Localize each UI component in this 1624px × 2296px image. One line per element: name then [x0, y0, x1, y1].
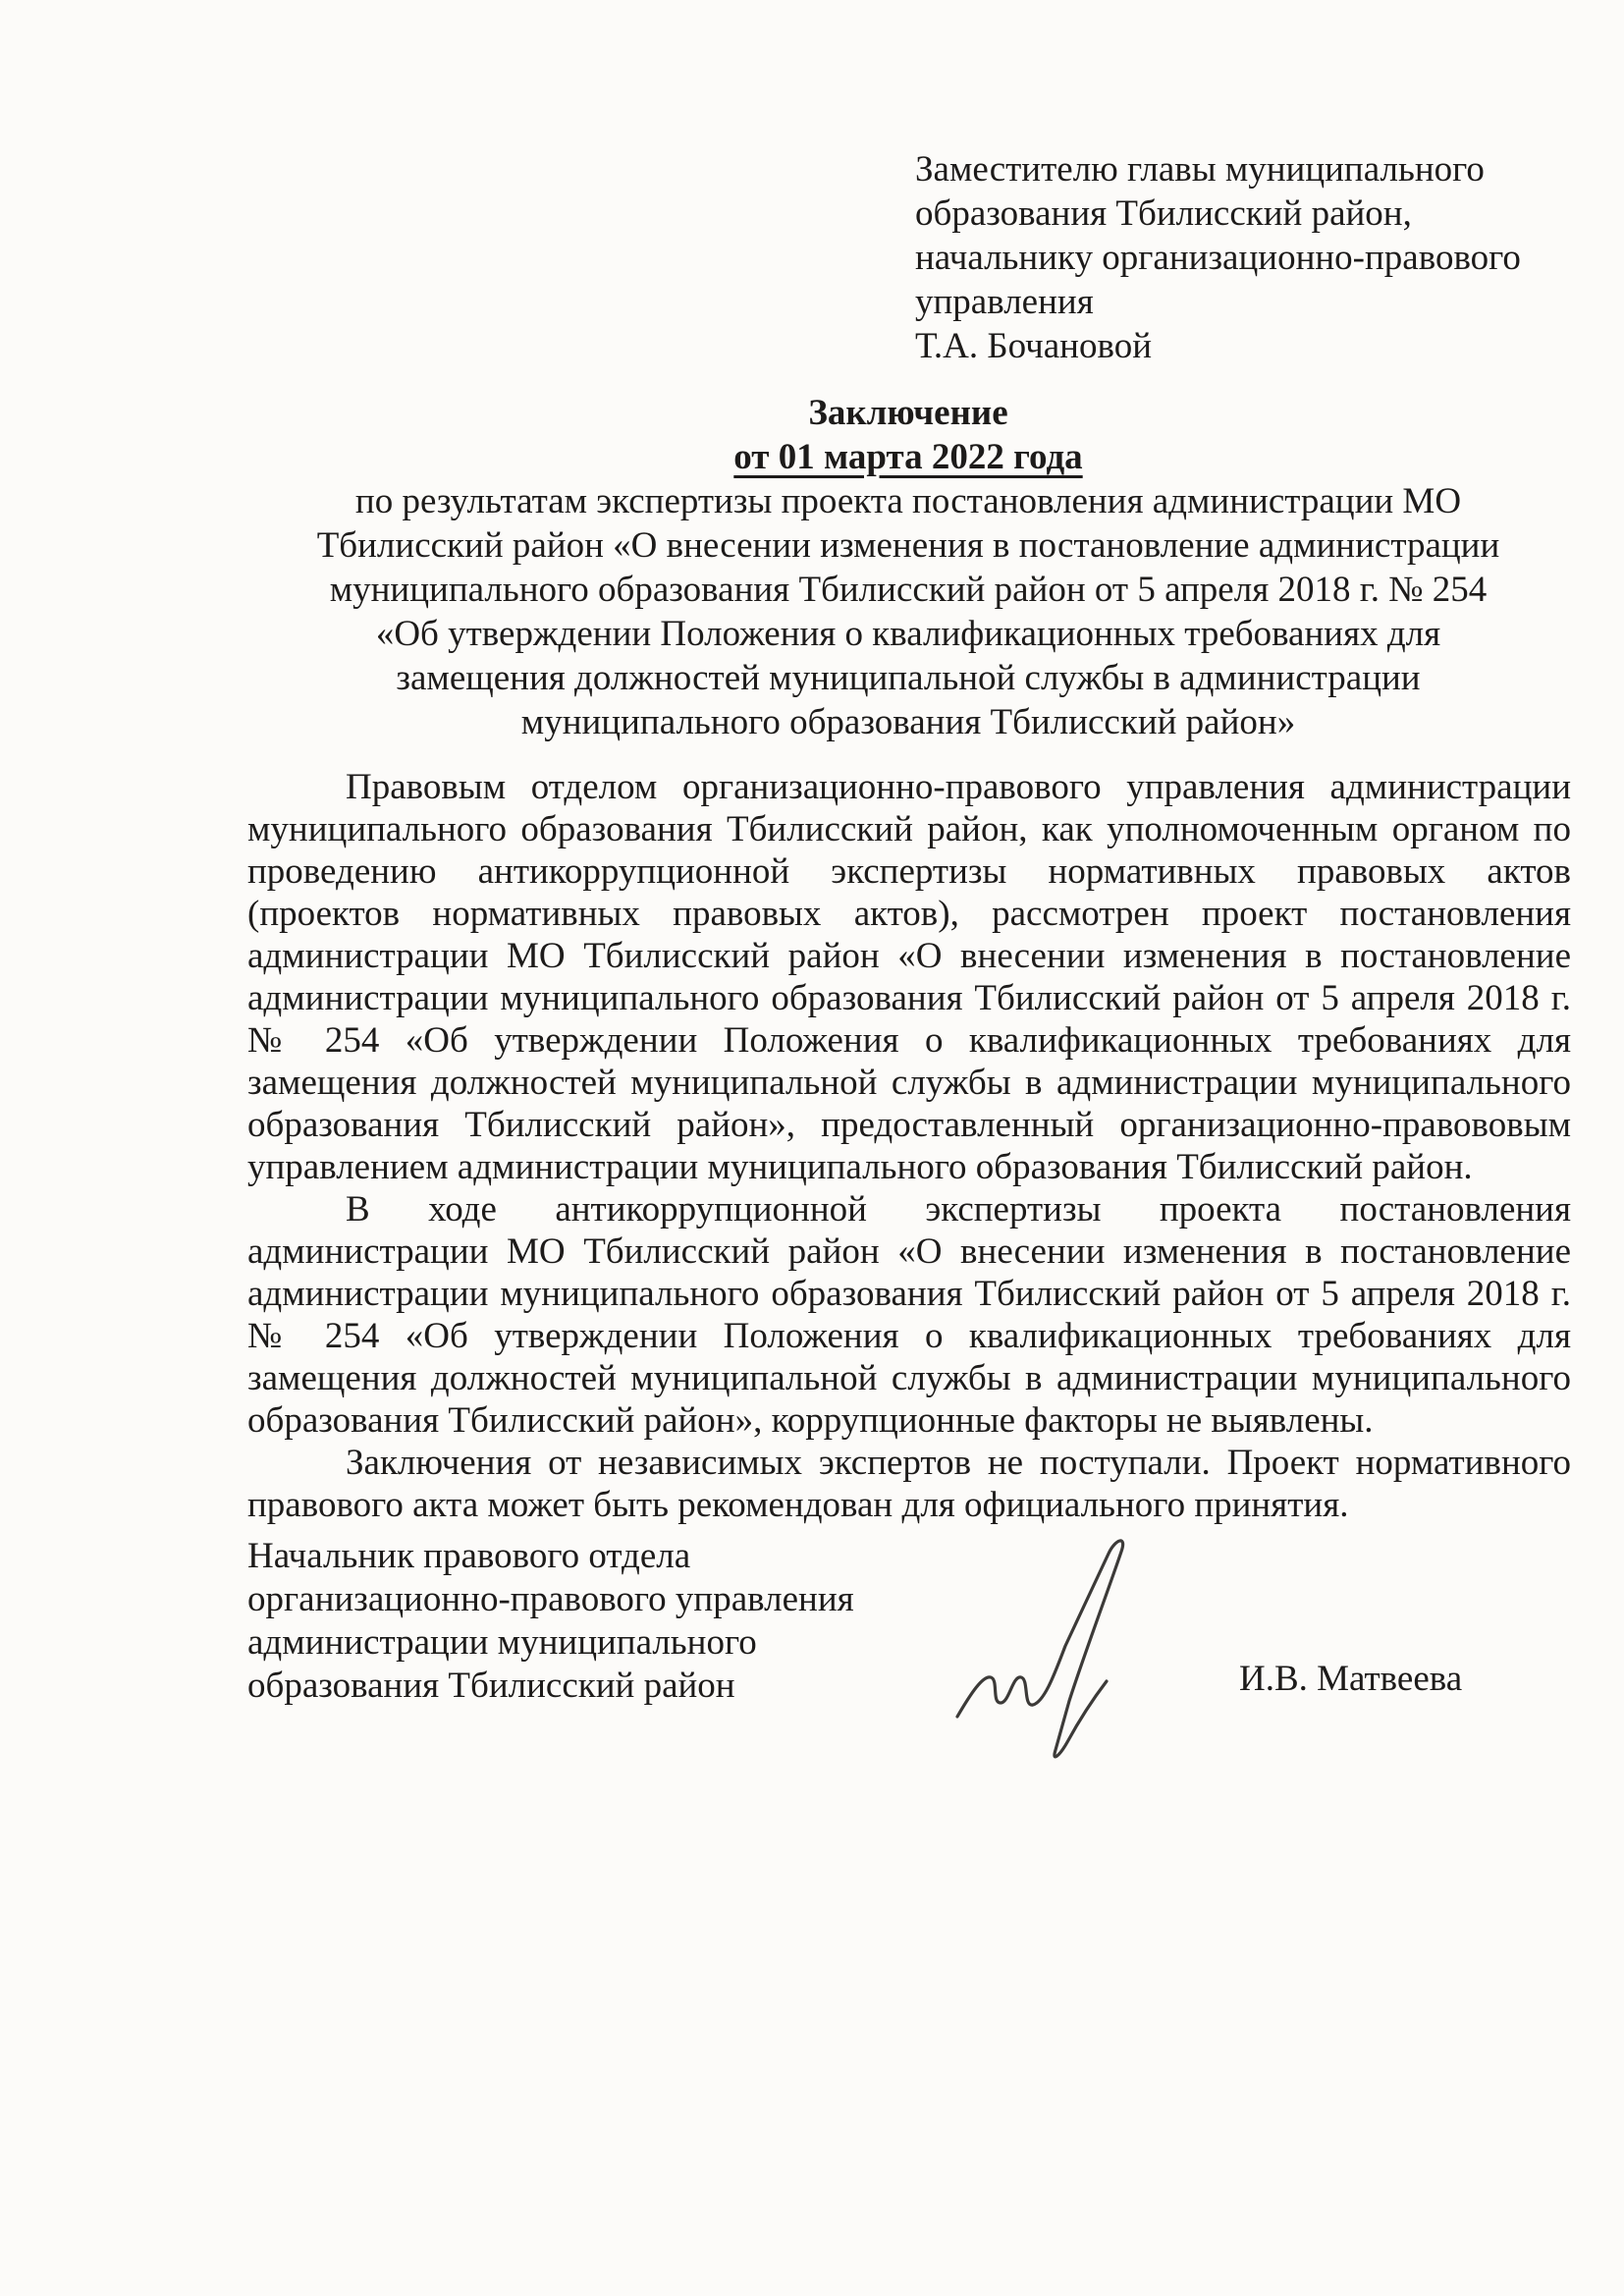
- recipient-line: управления: [915, 280, 1543, 324]
- scanned-document-page: Заместителю главы муниципального образов…: [0, 0, 1624, 2296]
- document-date: от 01 марта 2022 года: [245, 435, 1571, 479]
- subject-line: муниципального образования Тбилисский ра…: [245, 700, 1571, 744]
- subject-line: по результатам экспертизы проекта постан…: [245, 479, 1571, 523]
- subject-line: муниципального образования Тбилисский ра…: [245, 568, 1571, 612]
- signer-name: И.В. Матвеева: [1239, 1658, 1462, 1701]
- body-paragraph: Заключения от независимых экспертов не п…: [247, 1442, 1571, 1526]
- document-title: Заключение: [245, 391, 1571, 435]
- subject-line: замещения должностей муниципальной служб…: [245, 656, 1571, 700]
- handwritten-signature-icon: [947, 1524, 1193, 1770]
- recipient-line: образования Тбилисский район,: [915, 191, 1543, 236]
- subject-line: «Об утверждении Положения о квалификацио…: [245, 612, 1571, 656]
- signer-position-line: образования Тбилисский район: [247, 1665, 954, 1708]
- recipient-line: начальнику организационно-правового: [915, 236, 1543, 280]
- body-paragraph: В ходе антикоррупционной экспертизы прое…: [247, 1188, 1571, 1442]
- document-body: Правовым отделом организационно-правовог…: [247, 766, 1571, 1526]
- signer-position-line: организационно-правового управления: [247, 1578, 954, 1621]
- title-block: Заключение от 01 марта 2022 года по резу…: [245, 391, 1571, 744]
- recipient-block: Заместителю главы муниципального образов…: [915, 147, 1543, 368]
- signer-position-line: Начальник правового отдела: [247, 1535, 954, 1578]
- body-paragraph: Правовым отделом организационно-правовог…: [247, 766, 1571, 1188]
- recipient-line: Заместителю главы муниципального: [915, 147, 1543, 191]
- subject-line: Тбилисский район «О внесении изменения в…: [245, 523, 1571, 568]
- recipient-name: Т.А. Бочановой: [915, 324, 1543, 368]
- signer-position-block: Начальник правового отдела организационн…: [247, 1535, 954, 1708]
- signer-position-line: администрации муниципального: [247, 1621, 954, 1665]
